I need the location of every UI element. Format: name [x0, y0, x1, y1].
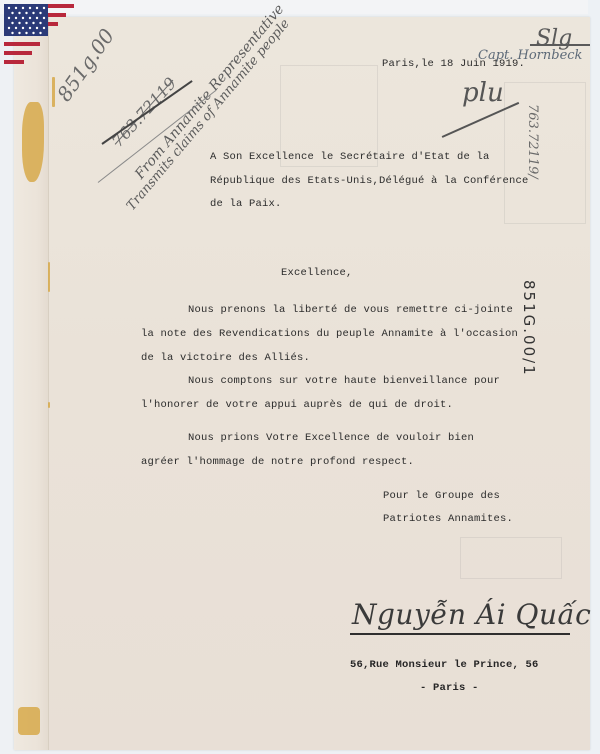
body-line: Nous comptons sur votre haute bienveilla… — [188, 375, 500, 387]
dateline: Paris,le 18 Juin 1919. — [382, 58, 525, 70]
body-line: Nous prenons la liberté de vous remettre… — [188, 304, 513, 316]
body-line: de la victoire des Alliés. — [141, 352, 310, 364]
initials-strike — [530, 44, 590, 46]
signature-underline — [350, 633, 570, 635]
recipient-line: A Son Excellence le Secrétaire d'Etat de… — [210, 151, 490, 163]
address-street: 56,Rue Monsieur le Prince, 56 — [350, 659, 539, 671]
initials-mid: plu — [462, 78, 504, 108]
stain-mark — [48, 262, 50, 292]
closing-line: Patriotes Annamites. — [383, 513, 513, 525]
closing-line: Pour le Groupe des — [383, 490, 500, 502]
recipient-line: de la Paix. — [210, 198, 282, 210]
body-line: agréer l'hommage de notre profond respec… — [141, 456, 414, 468]
stain-mark — [18, 707, 40, 735]
signature: Nguyễn Ái Quấc — [352, 598, 591, 631]
faded-stamp — [460, 537, 562, 579]
file-stamp-vertical: 851G.00/1 — [520, 280, 538, 377]
backdrop-top — [0, 0, 600, 14]
vertical-pencil-annotation: 763.72119/ — [525, 104, 540, 179]
stain-mark — [48, 402, 50, 408]
address-city: - Paris - — [420, 682, 479, 694]
salutation: Excellence, — [281, 267, 353, 279]
body-line: l'honorer de votre appui auprès de qui d… — [141, 399, 453, 411]
stain-mark — [22, 102, 44, 182]
us-flag-icon — [4, 4, 76, 66]
body-line: Nous prions Votre Excellence de vouloir … — [188, 432, 474, 444]
recipient-line: République des Etats-Unis,Délégué à la C… — [210, 175, 529, 187]
body-line: la note des Revendications du peuple Ann… — [141, 328, 518, 340]
